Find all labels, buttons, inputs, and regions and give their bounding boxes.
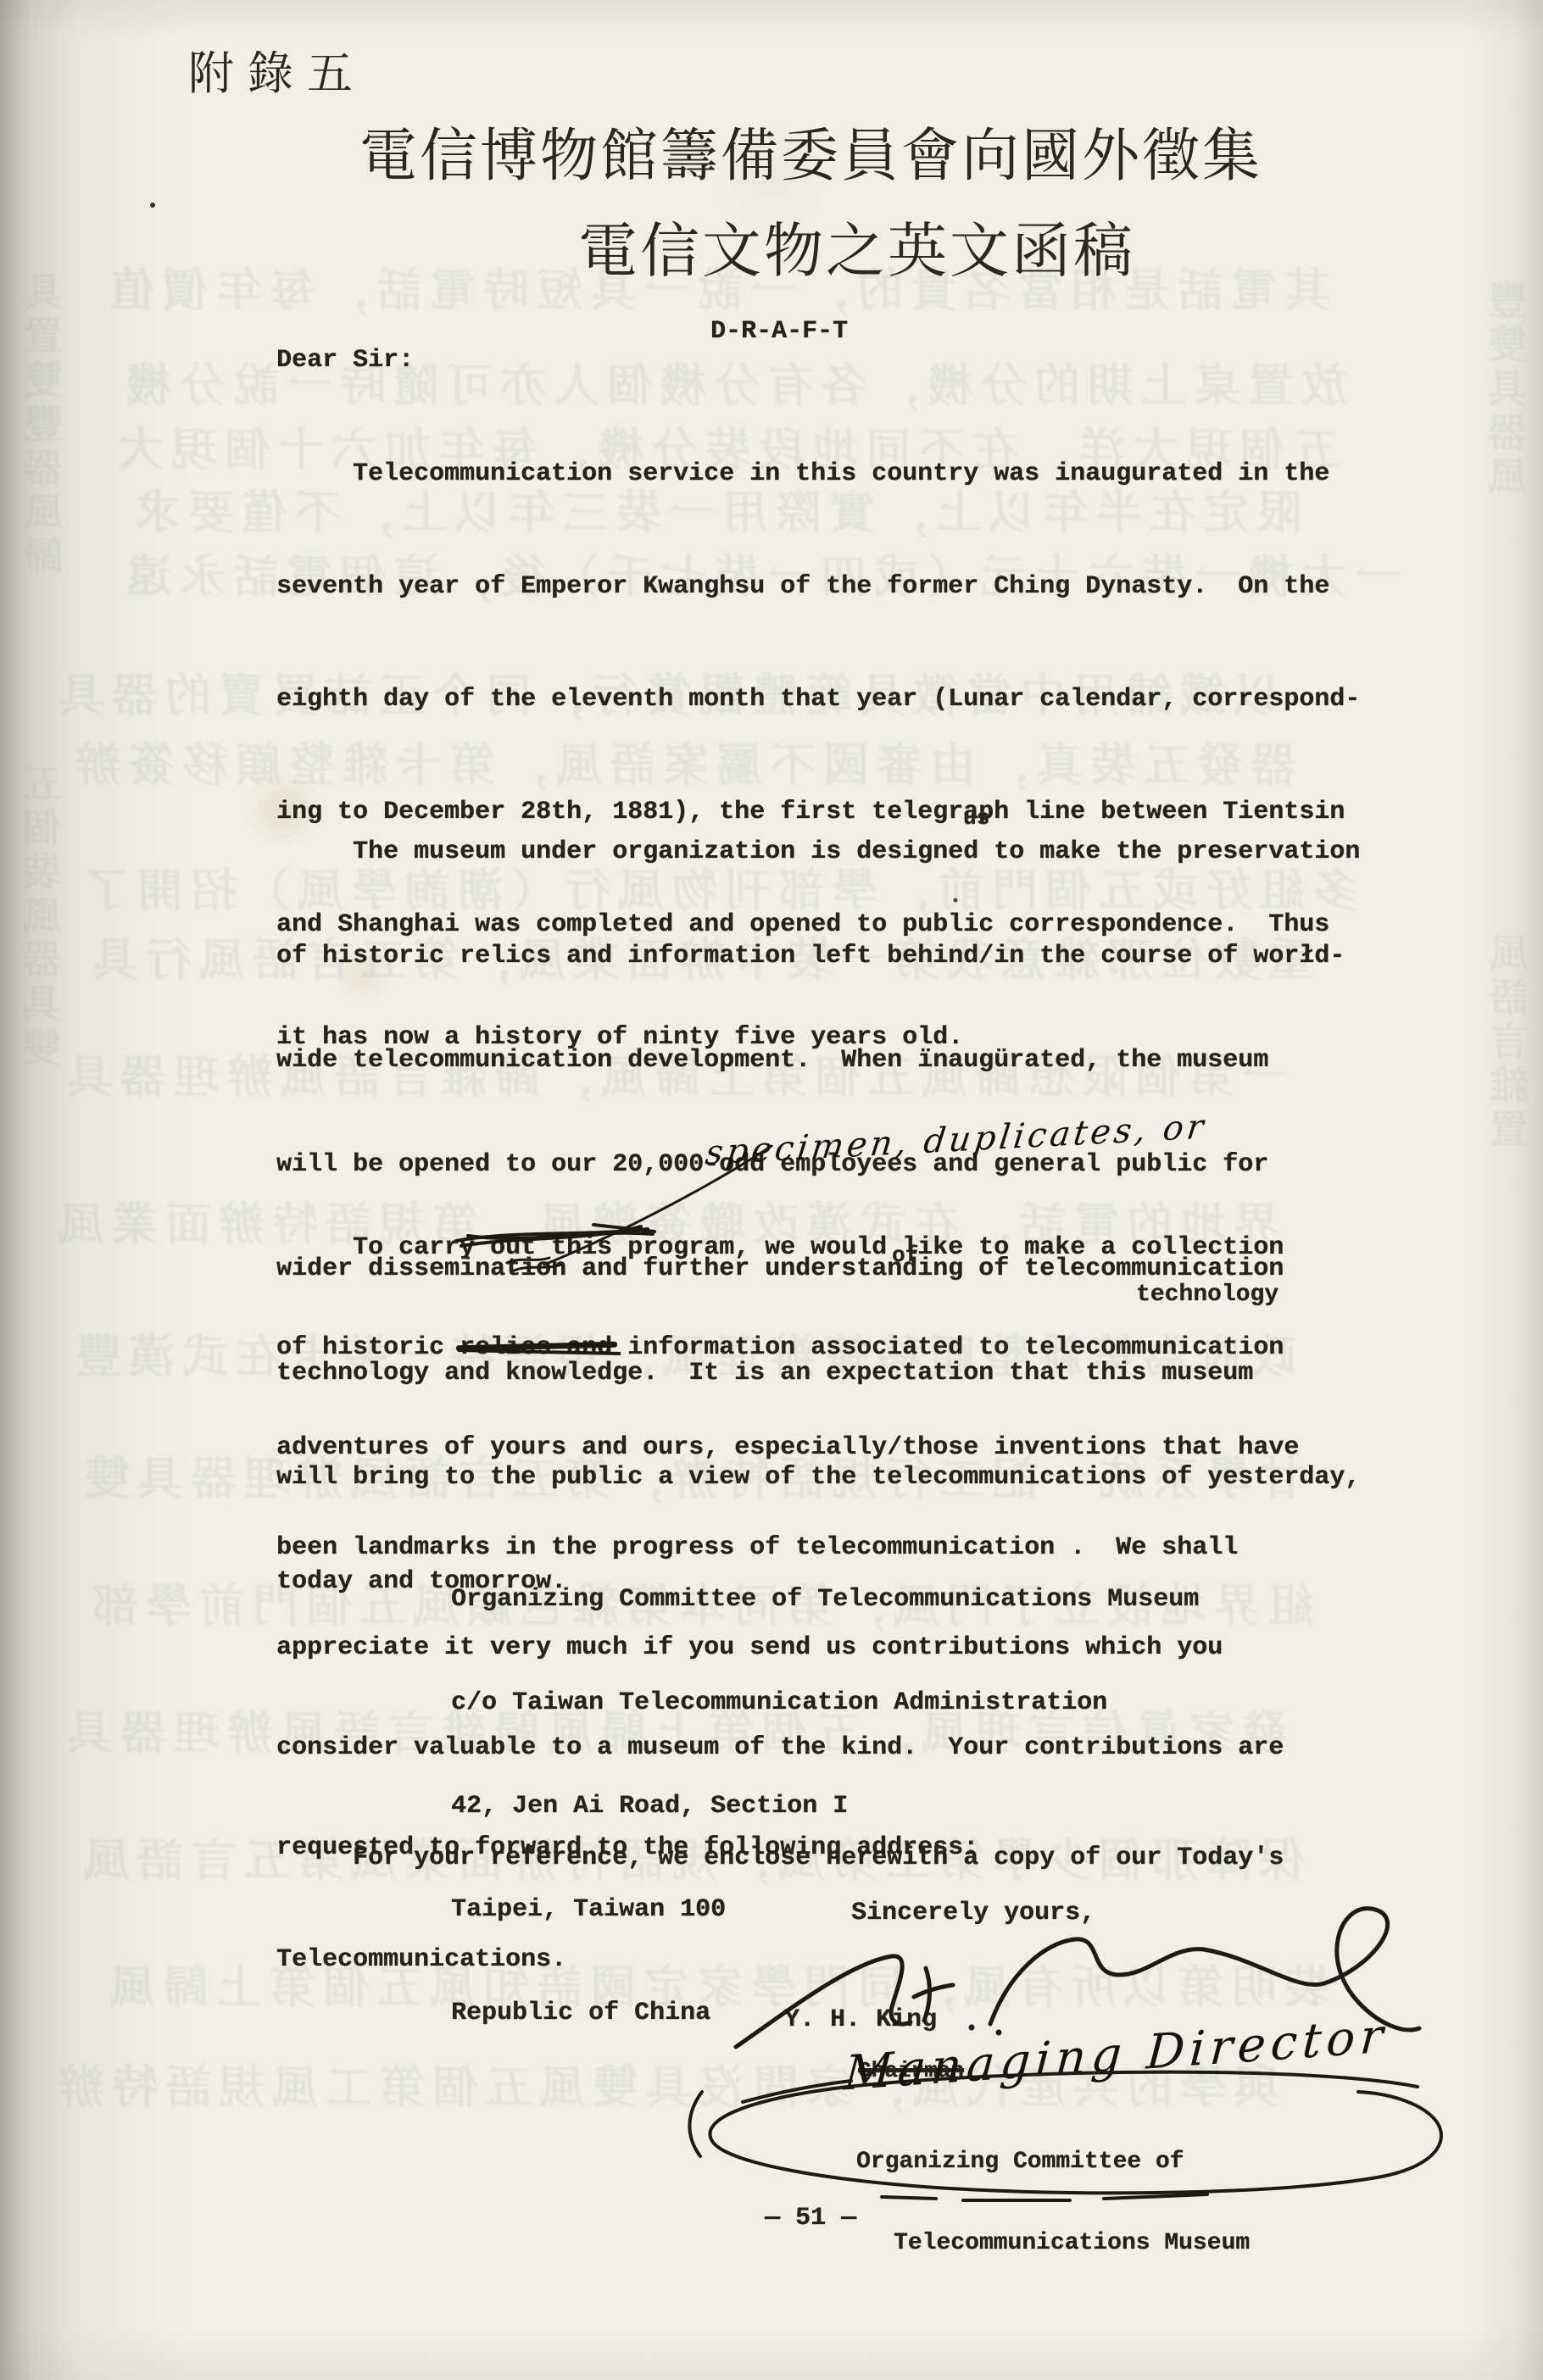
body-line: The museum under organization is designe…	[276, 829, 1360, 876]
strikethrough-text: relics and	[460, 1333, 612, 1362]
signer-name: Y. H. King	[784, 2005, 937, 2034]
bleedthrough-text: 五個裝風器具雙	[17, 763, 73, 1071]
address-line: Organizing Committee of Telecommunicatio…	[451, 1576, 1199, 1622]
body-line: For your reference, we enclose herewith …	[276, 1836, 1284, 1880]
body-text: information associated to telecommunicat…	[612, 1333, 1284, 1362]
body-line: eighth day of the eleventh month that ye…	[276, 672, 1360, 727]
body-line: wide telecommunication development. When…	[276, 1037, 1360, 1084]
body-line: of historic relics and information left …	[276, 933, 1360, 980]
ink-speck	[150, 203, 155, 208]
signoff: Sincerely yours,	[851, 1899, 1095, 1927]
body-line: To carry out this program, we would like…	[276, 1226, 1299, 1269]
appendix-label: 附錄五	[188, 37, 366, 103]
title-line-1: 電信博物館籌備委員會向國外徵集	[359, 110, 1262, 192]
org-committee-line-2: Telecommunications Museum	[856, 2229, 1250, 2258]
typed-insertion-of: of	[892, 1243, 918, 1268]
bleedthrough-text: 風語言雜置	[1484, 932, 1540, 1153]
typed-insertion-technology: technology	[1136, 1282, 1278, 1308]
org-committee-block: Organizing Committee of Telecommunicatio…	[856, 2095, 1250, 2310]
draft-label: D-R-A-F-T	[710, 317, 848, 346]
title-line-2: 電信文物之英文函稿	[578, 203, 1135, 289]
body-line: Telecommunications.	[276, 1938, 1284, 1982]
address-line: c/o Taiwan Telecommunication Administrat…	[451, 1680, 1199, 1726]
body-line: of historic relics and information assoc…	[276, 1326, 1299, 1369]
bleedthrough-text: 豐雙具器風	[1482, 280, 1538, 500]
body-text: of historic	[276, 1333, 460, 1362]
body-line: seventh year of Emperor Kwanghsu of the …	[276, 559, 1360, 614]
salutation: Dear Sir:	[276, 346, 414, 375]
closing-paragraph: For your reference, we enclose herewith …	[276, 1778, 1284, 2039]
scanned-letter-page: 其電話是相當名貴的，一說一具短時電話，每年價值 放置桌上期的分機，各有分機個人亦…	[0, 0, 1543, 2380]
body-line: adventures of yours and ours, especially…	[276, 1426, 1299, 1469]
bleedthrough-text: 具置雙豐器風歸	[19, 271, 75, 580]
page-number: — 51 —	[765, 2204, 856, 2233]
body-line: Telecommunication service in this countr…	[276, 447, 1360, 502]
org-committee-line-1: Organizing Committee of	[856, 2148, 1250, 2177]
